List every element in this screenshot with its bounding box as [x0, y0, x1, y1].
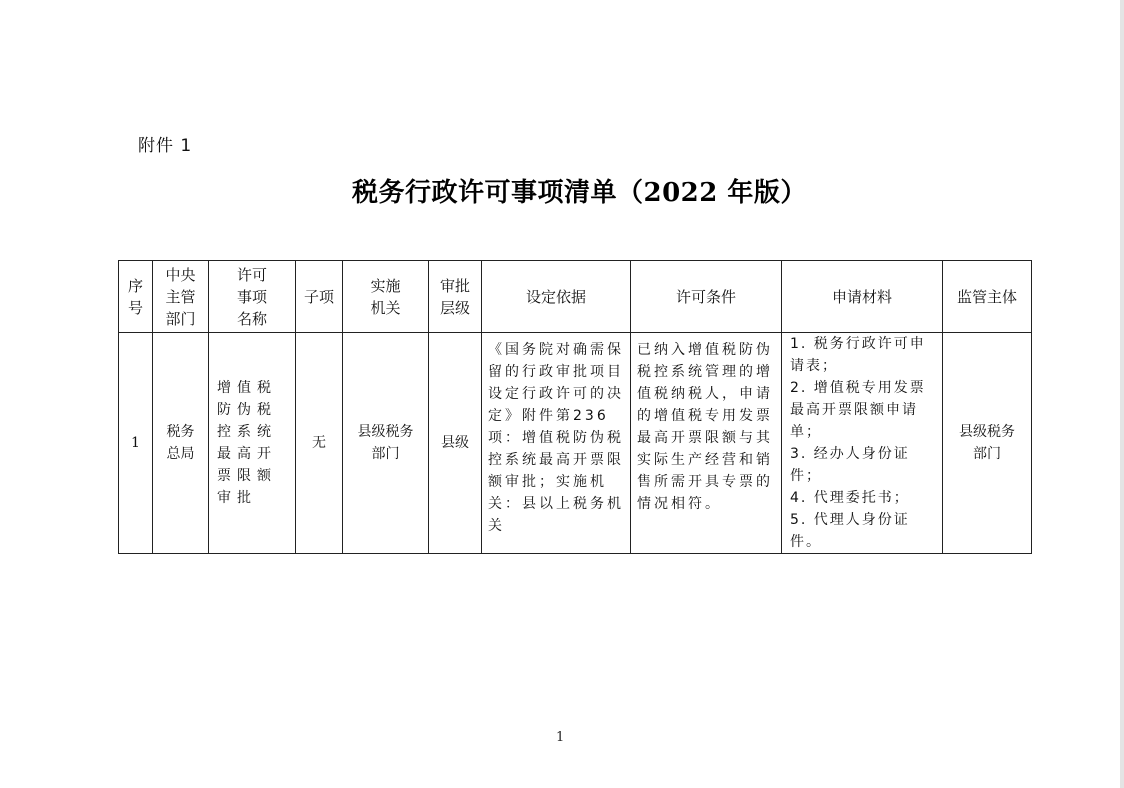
cell-implementing-agency: 县级税务 部门: [343, 333, 429, 554]
header-text: 审批: [429, 275, 481, 297]
header-legal-basis: 设定依据: [482, 261, 631, 333]
header-permit-name: 许可 事项 名称: [209, 261, 296, 333]
cell-text: 县级税务: [943, 421, 1031, 443]
header-text: 层级: [429, 297, 481, 319]
cell-text: 县级税务: [343, 421, 428, 443]
material-item: 1. 税务行政许可申请表；: [790, 333, 936, 377]
cell-permit-name: 增值税防伪税控系统最高开票限额审批: [209, 333, 296, 554]
header-text: 号: [119, 297, 152, 319]
cell-text: 税务: [153, 421, 208, 443]
cell-index: 1: [119, 333, 153, 554]
header-text: 监管主体: [943, 286, 1031, 308]
material-item: 2. 增值税专用发票最高开票限额申请单；: [790, 377, 936, 443]
material-item: 5. 代理人身份证件。: [790, 509, 936, 553]
table-header-row: 序 号 中央 主管 部门 许可 事项 名称 子项 实施 机关 审批: [119, 261, 1032, 333]
page-number: 1: [556, 730, 564, 745]
cell-legal-basis: 《国务院对确需保留的行政审批项目设定行政许可的决定》附件第236项：增值税防伪税…: [482, 333, 631, 554]
header-sub-item: 子项: [296, 261, 343, 333]
header-approval-level: 审批 层级: [429, 261, 482, 333]
page-edge-scrollbar: [1120, 0, 1124, 788]
header-text: 设定依据: [482, 286, 630, 308]
cell-approval-level: 县级: [429, 333, 482, 554]
header-text: 实施: [343, 275, 428, 297]
header-text: 申请材料: [782, 286, 942, 308]
header-text: 许可条件: [631, 286, 781, 308]
cell-text: 部门: [343, 443, 428, 465]
header-text: 序: [119, 275, 152, 297]
cell-central-department: 税务 总局: [153, 333, 209, 554]
table-row: 1 税务 总局 增值税防伪税控系统最高开票限额审批 无 县级税务 部门 县级 《…: [119, 333, 1032, 554]
header-implementing-agency: 实施 机关: [343, 261, 429, 333]
header-text: 部门: [153, 308, 208, 330]
header-text: 子项: [296, 286, 342, 308]
attachment-label: 附件 1: [138, 131, 192, 156]
header-text: 名称: [209, 308, 295, 330]
header-index: 序 号: [119, 261, 153, 333]
cell-materials: 1. 税务行政许可申请表； 2. 增值税专用发票最高开票限额申请单； 3. 经办…: [782, 333, 943, 554]
header-conditions: 许可条件: [631, 261, 782, 333]
cell-text: 部门: [943, 443, 1031, 465]
permit-items-table: 序 号 中央 主管 部门 许可 事项 名称 子项 实施 机关 审批: [118, 260, 1032, 554]
header-text: 机关: [343, 297, 428, 319]
cell-text: 总局: [153, 443, 208, 465]
cell-conditions: 已纳入增值税防伪税控系统管理的增值税纳税人，申请的增值税专用发票最高开票限额与其…: [631, 333, 782, 554]
header-text: 中央: [153, 264, 208, 286]
header-text: 主管: [153, 286, 208, 308]
header-supervisor: 监管主体: [943, 261, 1032, 333]
material-item: 4. 代理委托书；: [790, 487, 936, 509]
document-title: 税务行政许可事项清单（2022 年版）: [352, 172, 807, 209]
header-central-department: 中央 主管 部门: [153, 261, 209, 333]
header-text: 事项: [209, 286, 295, 308]
cell-supervisor: 县级税务 部门: [943, 333, 1032, 554]
header-materials: 申请材料: [782, 261, 943, 333]
material-item: 3. 经办人身份证件；: [790, 443, 936, 487]
cell-sub-item: 无: [296, 333, 343, 554]
header-text: 许可: [209, 264, 295, 286]
